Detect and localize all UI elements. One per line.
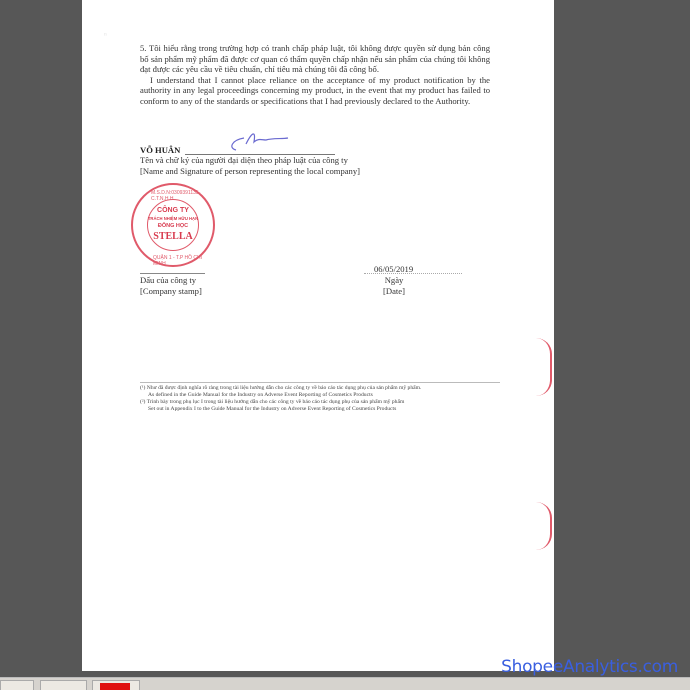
footnotes: (¹) Như đã được định nghĩa rõ ràng trong… — [140, 385, 520, 413]
document-page: ⁿ 5. Tôi hiểu rằng trong trường hợp có t… — [82, 0, 554, 671]
taskbar-start-button[interactable] — [0, 680, 34, 690]
signature-icon — [222, 128, 292, 154]
footnote-2-en: Set out in Appendix I to the Guide Manua… — [140, 406, 520, 413]
stamp-caption: Dấu của công ty [Company stamp] — [140, 275, 202, 296]
pdf-icon — [100, 683, 130, 690]
stamp-caption-en: [Company stamp] — [140, 286, 202, 297]
stamp-line4: STELLA — [131, 231, 215, 242]
page-seal-edge-icon — [536, 338, 552, 396]
stamp-line3: ĐÔNG HỌC — [131, 223, 215, 229]
footnote-1-vi: (¹) Như đã được định nghĩa rõ ràng trong… — [140, 385, 421, 391]
date-caption-vi: Ngày — [374, 275, 414, 286]
date-caption: Ngày [Date] — [374, 275, 414, 296]
page-seal-edge-icon — [536, 502, 552, 550]
stamp-ring-top: M.S.D.N:0309391135-C.T.N.H.H — [151, 190, 213, 202]
clause-5-vi: 5. Tôi hiểu rằng trong trường hợp có tra… — [140, 43, 490, 74]
clause-5-en: I understand that I cannot place relianc… — [140, 75, 490, 107]
stamp-line2: TRÁCH NHIỆM HỮU HẠN — [131, 216, 215, 221]
footnote-2-vi: (²) Trình bày trong phụ lục I trong tài … — [140, 399, 404, 405]
signer-caption-en: [Name and Signature of person representi… — [140, 166, 360, 177]
taskbar — [0, 677, 690, 690]
signer-name: VÕ HUÂN — [140, 145, 180, 155]
date-caption-en: [Date] — [374, 286, 414, 297]
signer-caption-vi: Tên và chữ ký của người đại diện theo ph… — [140, 155, 360, 166]
taskbar-pdf-button[interactable] — [92, 680, 140, 690]
scan-mark: ⁿ — [104, 30, 107, 40]
footnote-divider — [140, 382, 500, 383]
taskbar-app-button[interactable] — [40, 680, 87, 690]
date-line — [364, 273, 462, 274]
footnote-1-en: As defined in the Guide Manual for the I… — [140, 392, 520, 399]
stamp-line — [140, 273, 205, 274]
clause-5: 5. Tôi hiểu rằng trong trường hợp có tra… — [140, 43, 490, 107]
stamp-line1: CÔNG TY — [131, 207, 215, 214]
company-stamp: M.S.D.N:0309391135-C.T.N.H.H CÔNG TY TRÁ… — [131, 183, 215, 267]
stamp-ring-bottom: QUẬN 1 - T.P HỒ CHÍ MINH — [153, 255, 213, 267]
signer-caption: Tên và chữ ký của người đại diện theo ph… — [140, 155, 360, 176]
watermark: ShopeeAnalytics.com — [501, 657, 678, 677]
stamp-caption-vi: Dấu của công ty — [140, 275, 202, 286]
